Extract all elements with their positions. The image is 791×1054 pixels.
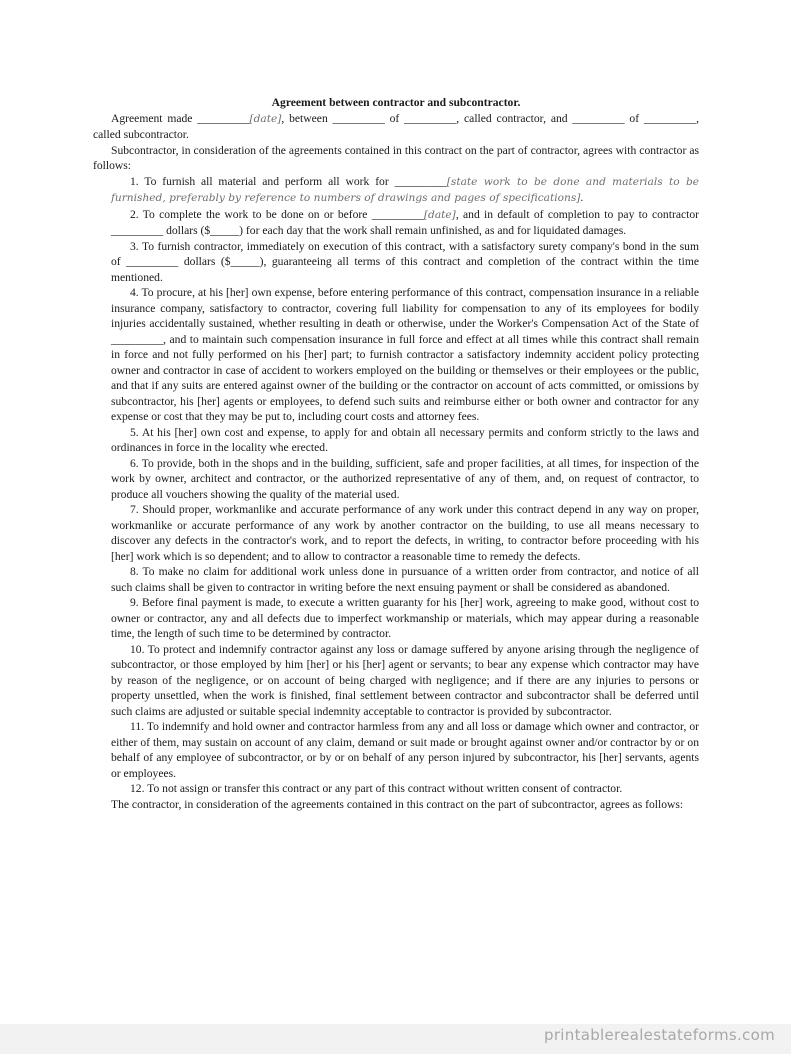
contractor-agrees-paragraph: The contractor, in consideration of the … [93,797,699,813]
footer-brand-link[interactable]: printablerealestateforms.com [544,1026,775,1044]
clause-8: 8. To make no claim for additional work … [111,564,699,595]
clause-5: 5. At his [her] own cost and expense, to… [111,425,699,456]
document-title: Agreement between contractor and subcont… [93,95,699,111]
clause-7: 7. Should proper, workmanlike and accura… [111,502,699,564]
intro-paragraph: Agreement made _________[date], between … [93,111,699,143]
clause-9: 9. Before final payment is made, to exec… [111,595,699,642]
date-placeholder: [date] [249,113,281,125]
clause-12: 12. To not assign or transfer this contr… [111,781,699,797]
clause-6: 6. To provide, both in the shops and in … [111,456,699,503]
subcontractor-agrees-paragraph: Subcontractor, in consideration of the a… [93,143,699,174]
clause-2-text: 2. To complete the work to be done on or… [130,208,424,221]
clause-1-text: 1. To furnish all material and perform a… [130,175,447,188]
completion-date-placeholder: [date] [424,209,456,221]
clause-4: 4. To procure, at his [her] own expense,… [111,285,699,425]
clause-1: 1. To furnish all material and perform a… [111,174,699,207]
footer-bar: printablerealestateforms.com [0,1024,791,1054]
document-page: Agreement between contractor and subcont… [93,95,699,812]
intro-text-a: Agreement made _________ [111,112,249,125]
clause-2: 2. To complete the work to be done on or… [111,207,699,239]
clause-11: 11. To indemnify and hold owner and cont… [111,719,699,781]
clause-1-end: . [580,191,583,204]
clause-3: 3. To furnish contractor, immediately on… [111,239,699,286]
clause-10: 10. To protect and indemnify contractor … [111,642,699,720]
